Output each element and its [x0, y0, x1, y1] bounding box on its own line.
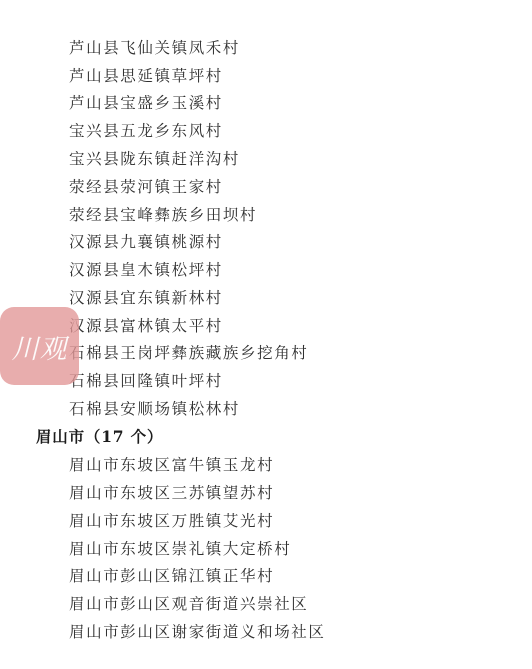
list-item: 眉山市彭山区锦江镇正华村: [69, 566, 274, 586]
section-heading-meishan: 眉山市（17 个）: [36, 427, 163, 447]
list-item: 眉山市彭山区观音街道兴崇社区: [69, 594, 308, 614]
list-item: 宝兴县陇东镇赶洋沟村: [69, 149, 240, 169]
watermark-text: 川观: [12, 327, 68, 366]
list-item: 芦山县思延镇草坪村: [69, 66, 223, 86]
list-item: 眉山市东坡区万胜镇艾光村: [69, 511, 274, 531]
watermark-logo: 川观: [0, 307, 79, 385]
list-item: 眉山市东坡区三苏镇望苏村: [69, 483, 274, 503]
list-item: 眉山市东坡区崇礼镇大定桥村: [69, 539, 291, 559]
list-item: 汉源县宜东镇新林村: [69, 288, 223, 308]
list-item: 眉山市彭山区谢家街道义和场社区: [69, 622, 326, 642]
list-item: 汉源县富林镇太平村: [69, 316, 223, 336]
list-item: 石棉县回隆镇叶坪村: [69, 371, 223, 391]
list-item: 芦山县飞仙关镇凤禾村: [69, 38, 240, 58]
document-page: 芦山县飞仙关镇凤禾村 芦山县思延镇草坪村 芦山县宝盛乡玉溪村 宝兴县五龙乡东风村…: [0, 0, 532, 669]
list-item: 石棉县王岗坪彝族藏族乡挖角村: [69, 343, 308, 363]
list-item: 芦山县宝盛乡玉溪村: [69, 93, 223, 113]
list-item: 宝兴县五龙乡东风村: [69, 121, 223, 141]
list-item: 荥经县荥河镇王家村: [69, 177, 223, 197]
list-item: 汉源县皇木镇松坪村: [69, 260, 223, 280]
list-item: 石棉县安顺场镇松林村: [69, 399, 240, 419]
list-item: 眉山市东坡区富牛镇玉龙村: [69, 455, 274, 475]
list-item: 汉源县九襄镇桃源村: [69, 232, 223, 252]
list-item: 荥经县宝峰彝族乡田坝村: [69, 205, 257, 225]
